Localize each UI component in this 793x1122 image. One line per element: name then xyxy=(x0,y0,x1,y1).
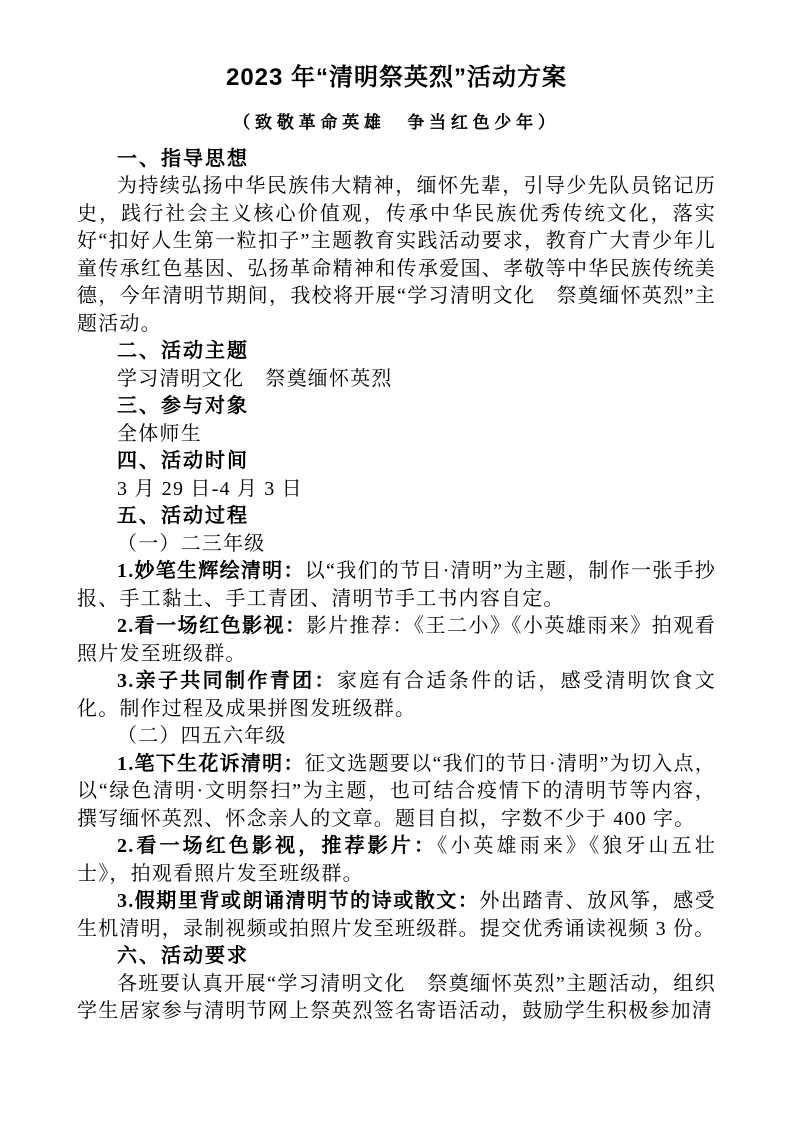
document-subtitle: （致敬革命英雄 争当红色少年） xyxy=(77,110,716,136)
text-run: 五、活动过程 xyxy=(117,505,249,527)
text-run: 1.妙笔生辉绘清明： xyxy=(117,560,305,582)
paragraph: （一）二三年级 xyxy=(77,531,716,559)
paragraph: 3.假期里背或朗诵清明节的诗或散文：外出踏青、放风筝，感受生机清明，录制视频或拍… xyxy=(77,888,716,943)
section-heading: 二、活动主题 xyxy=(77,338,716,366)
text-run: 六、活动要求 xyxy=(117,945,249,967)
paragraph: （二）四五六年级 xyxy=(77,723,716,751)
text-run: 3 月 29 日-4 月 3 日 xyxy=(117,478,303,500)
paragraph: 1.妙笔生辉绘清明：以“我们的节日·清明”为主题，制作一张手抄报、手工黏土、手工… xyxy=(77,558,716,613)
section-heading: 五、活动过程 xyxy=(77,503,716,531)
document-page: 2023 年“清明祭英烈”活动方案 （致敬革命英雄 争当红色少年） 一、指导思想… xyxy=(0,0,793,1122)
text-run: 3.假期里背或朗诵清明节的诗或散文： xyxy=(117,890,479,912)
paragraph: 1.笔下生花诉清明：征文选题要以“我们的节日·清明”为切入点，以“绿色清明·文明… xyxy=(77,751,716,834)
section-heading: 六、活动要求 xyxy=(77,943,716,971)
text-run: 二、活动主题 xyxy=(117,340,249,362)
text-run: 三、参与对象 xyxy=(117,395,249,417)
document-body: 一、指导思想为持续弘扬中华民族伟大精神，缅怀先辈，引导少先队员铭记历史，践行社会… xyxy=(77,146,716,1026)
paragraph: 2.看一场红色影视：影片推荐：《王二小》《小英雄雨来》拍观看照片发至班级群。 xyxy=(77,613,716,668)
text-run: 1.笔下生花诉清明： xyxy=(117,753,305,775)
text-run: 为持续弘扬中华民族伟大精神，缅怀先辈，引导少先队员铭记历史，践行社会主义核心价值… xyxy=(77,175,716,335)
paragraph: 2.看一场红色影视，推荐影片：《小英雄雨来》《狼牙山五壮士》，拍观看照片发至班级… xyxy=(77,833,716,888)
paragraph: 3 月 29 日-4 月 3 日 xyxy=(77,476,716,504)
text-run: （二）四五六年级 xyxy=(117,725,287,747)
text-run: 2.看一场红色影视： xyxy=(117,615,307,637)
section-heading: 四、活动时间 xyxy=(77,448,716,476)
paragraph: 3.亲子共同制作青团：家庭有合适条件的话，感受清明饮食文化。制作过程及成果拼图发… xyxy=(77,668,716,723)
text-run: 学习清明文化 祭奠缅怀英烈 xyxy=(117,368,393,390)
paragraph: 学习清明文化 祭奠缅怀英烈 xyxy=(77,366,716,394)
text-run: 3.亲子共同制作青团： xyxy=(117,670,337,692)
paragraph: 各班要认真开展“学习清明文化 祭奠缅怀英烈”主题活动，组织学生居家参与清明节网上… xyxy=(77,971,716,1026)
text-run: 一、指导思想 xyxy=(117,148,249,170)
text-run: 2.看一场红色影视，推荐影片： xyxy=(117,835,437,857)
paragraph: 全体师生 xyxy=(77,421,716,449)
document-title: 2023 年“清明祭英烈”活动方案 xyxy=(77,62,716,94)
paragraph: 为持续弘扬中华民族伟大精神，缅怀先辈，引导少先队员铭记历史，践行社会主义核心价值… xyxy=(77,173,716,338)
text-run: 全体师生 xyxy=(117,423,202,445)
text-run: 四、活动时间 xyxy=(117,450,249,472)
section-heading: 一、指导思想 xyxy=(77,146,716,174)
text-run: 各班要认真开展“学习清明文化 祭奠缅怀英烈”主题活动，组织学生居家参与清明节网上… xyxy=(77,973,716,1023)
text-run: （一）二三年级 xyxy=(117,533,265,555)
section-heading: 三、参与对象 xyxy=(77,393,716,421)
